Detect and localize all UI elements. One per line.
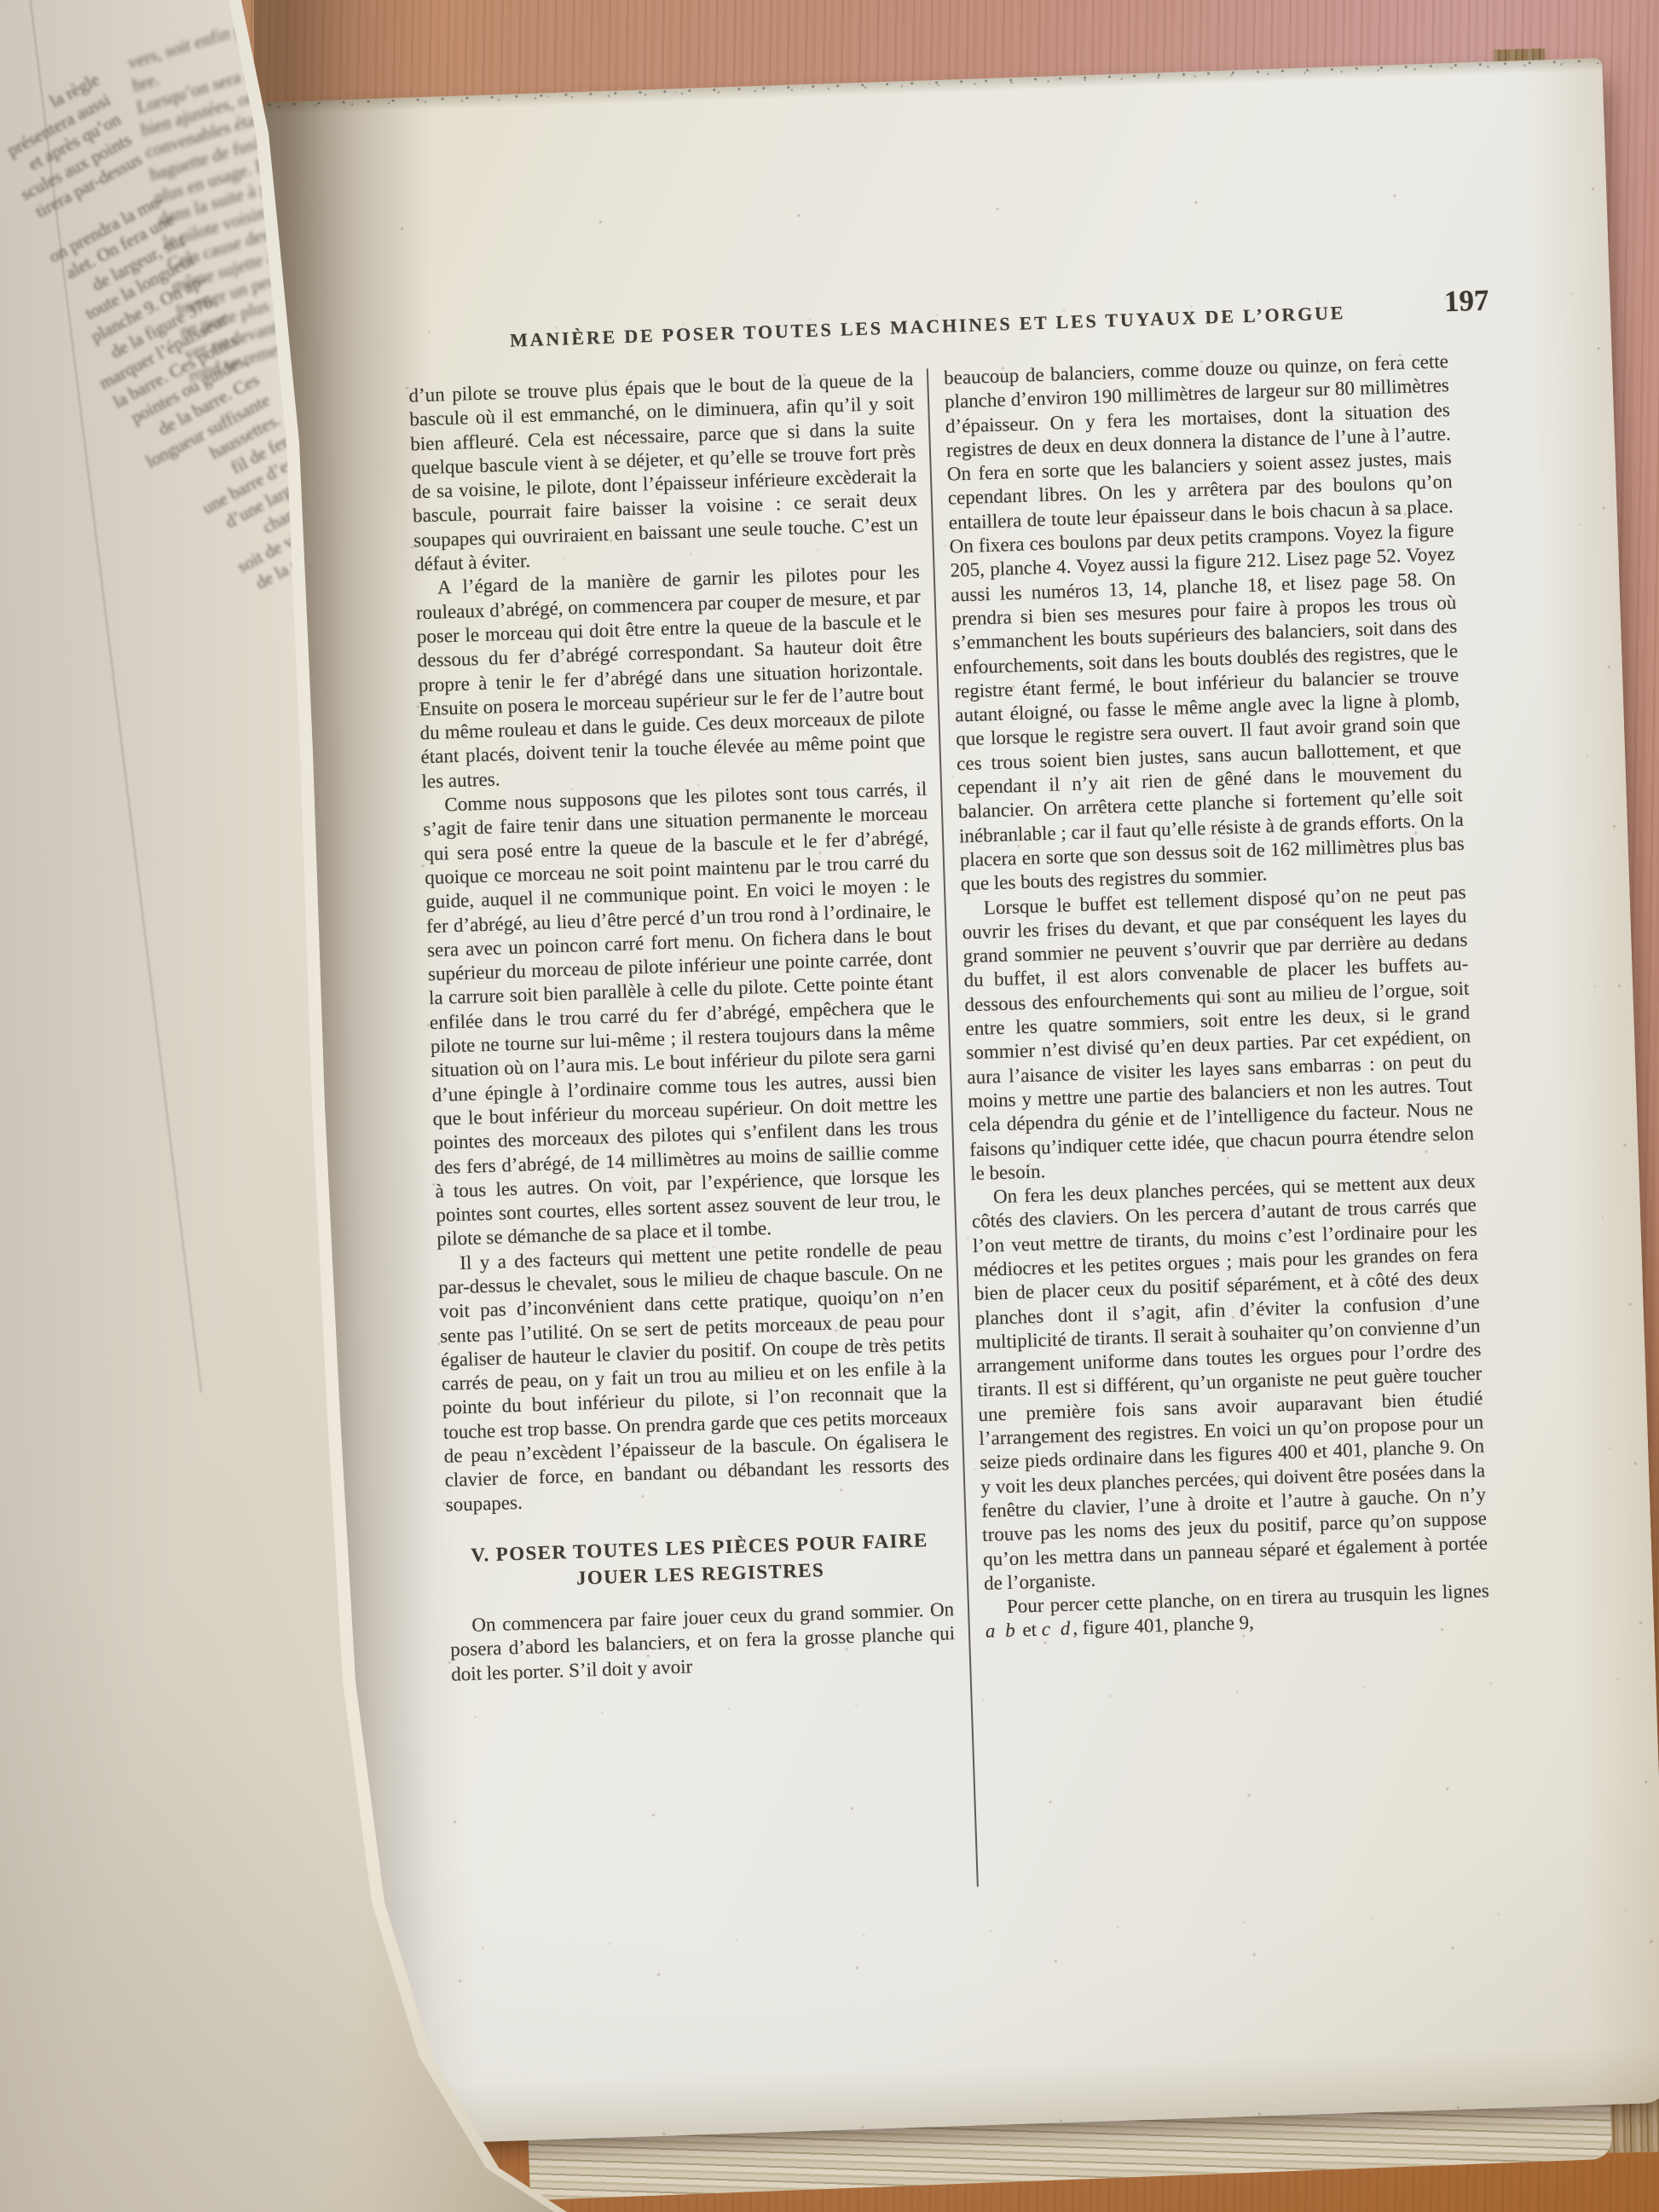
body-paragraph: On commencera par faire jouer ceux du gr… [449, 1597, 956, 1686]
page-number: 197 [1443, 284, 1489, 320]
body-paragraph: On fera les deux planches percées, qui s… [971, 1170, 1489, 1596]
body-paragraph: beaucoup de balanciers, comme douze ou q… [944, 349, 1465, 897]
figure-reference-letters: c d [1041, 1618, 1072, 1640]
book-page: MANIÈRE DE POSER TOUTES LES MACHINES ET … [264, 58, 1659, 2147]
body-paragraph: A l’égard de la manière de garnir les pi… [415, 560, 927, 794]
body-paragraph: Lorsque le buffet est tellement disposé … [961, 880, 1475, 1186]
page-content-area: MANIÈRE DE POSER TOUTES LES MACHINES ET … [264, 58, 1655, 1691]
text-column-right: beaucoup de balanciers, comme douze ou q… [944, 349, 1491, 1669]
body-paragraph: Il y a des facteurs qui mettent une peti… [437, 1235, 951, 1517]
running-header: MANIÈRE DE POSER TOUTES LES MACHINES ET … [407, 292, 1449, 363]
paragraph-text: , figure 401, planche 9, [1072, 1612, 1254, 1639]
photo-of-open-book: MANIÈRE DE POSER TOUTES LES MACHINES ET … [0, 0, 1659, 2212]
two-column-text-block: d’un pilote se trouve plus épais que le … [408, 349, 1493, 1687]
body-paragraph: d’un pilote se trouve plus épais que le … [408, 367, 919, 577]
text-column-left: d’un pilote se trouve plus épais que le … [408, 367, 956, 1687]
section-heading: V. POSER TOUTES LES PIÈCES POUR FAIRE JO… [447, 1526, 953, 1596]
body-paragraph: Comme nous supposons que les pilotes son… [422, 777, 942, 1252]
figure-reference-letters: a b [986, 1620, 1019, 1642]
paragraph-text: et [1017, 1619, 1042, 1641]
running-header-title: MANIÈRE DE POSER TOUTES LES MACHINES ET … [407, 292, 1448, 355]
